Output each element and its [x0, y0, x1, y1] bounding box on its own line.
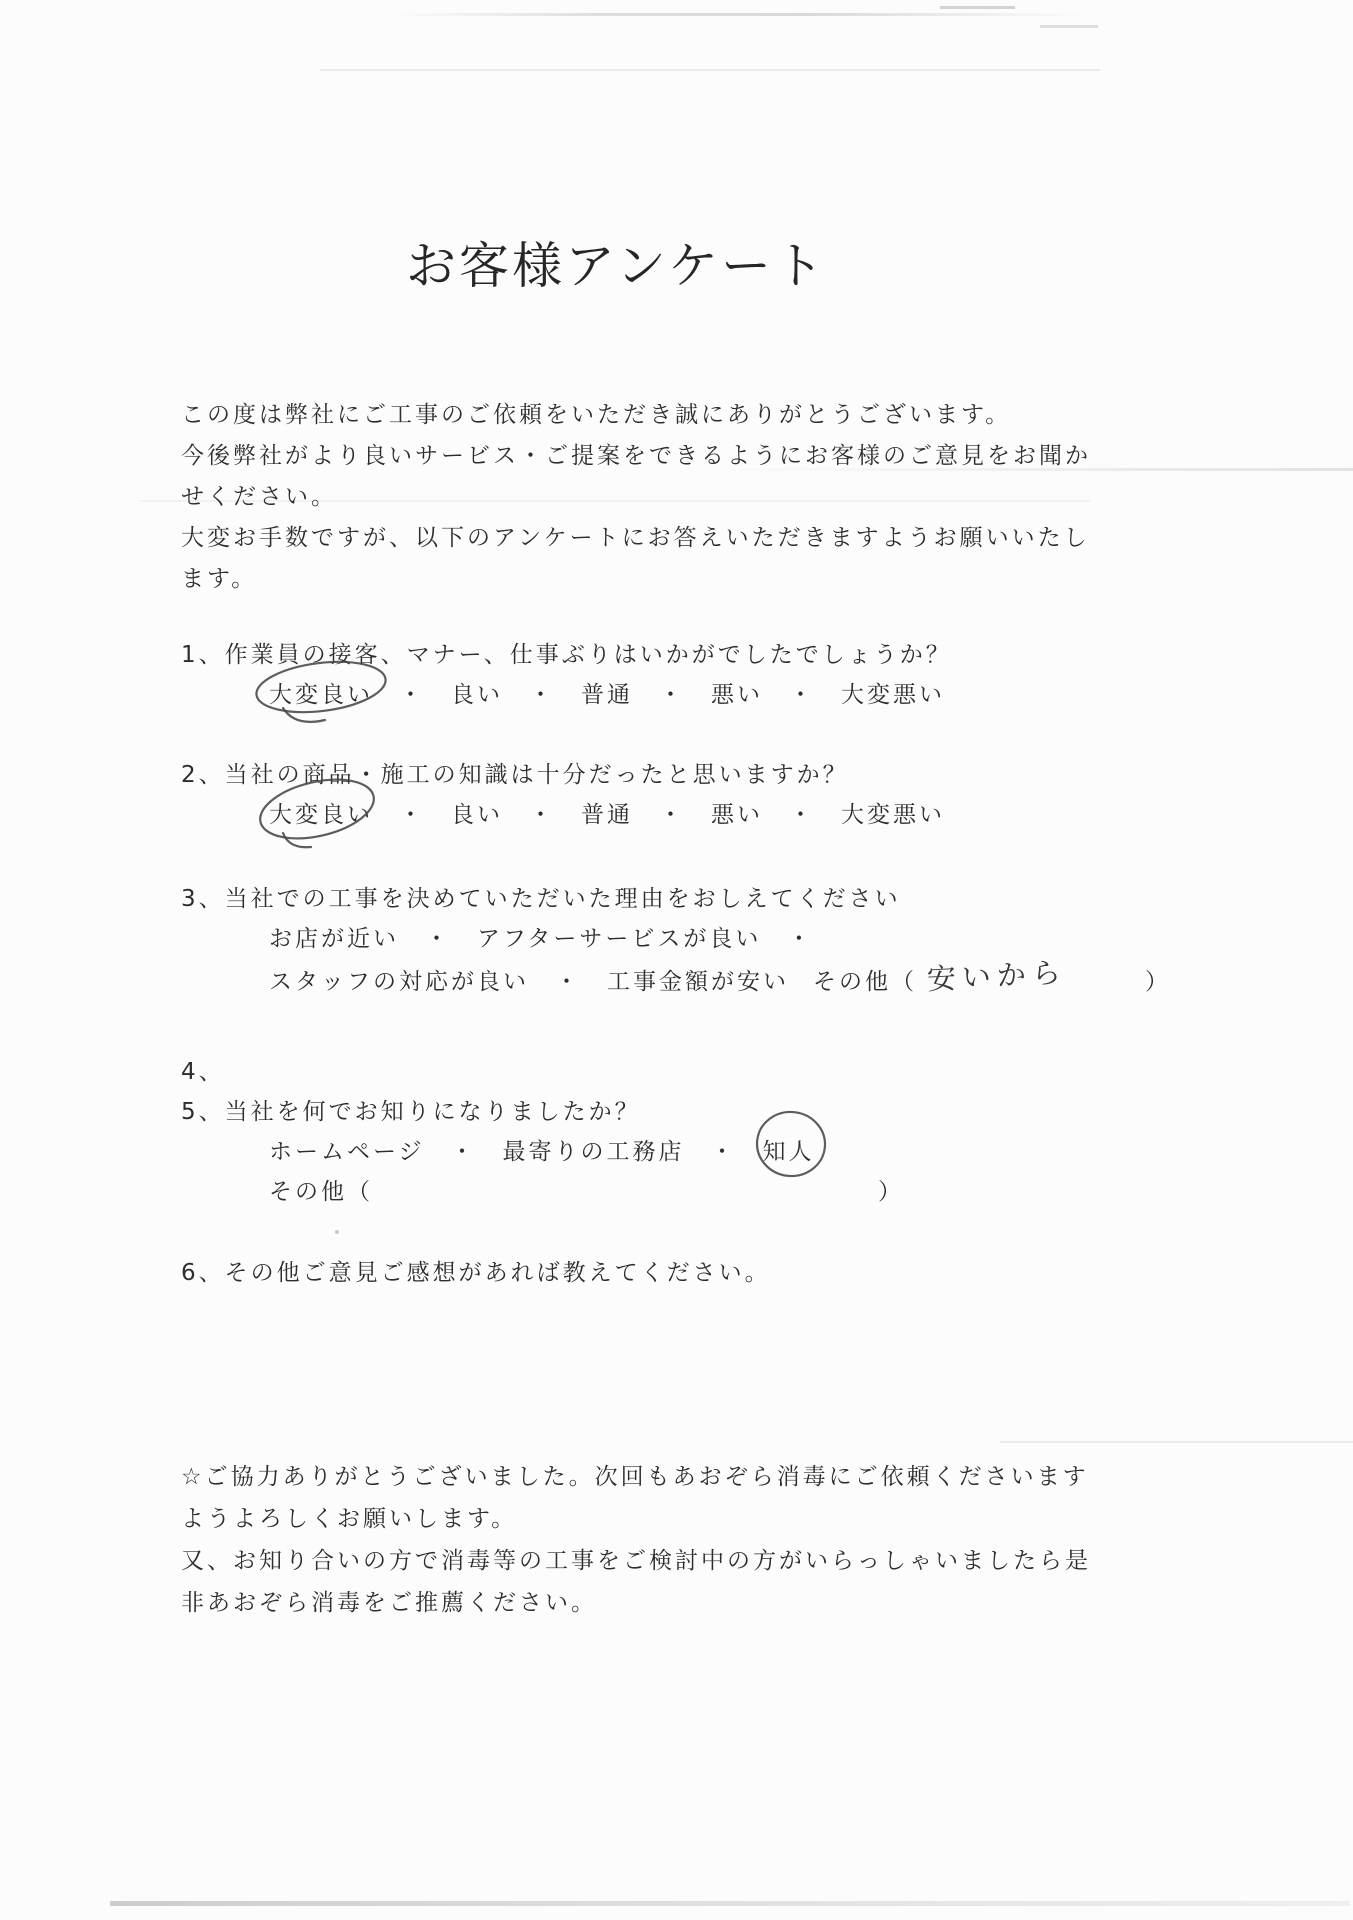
- question-line: 1、作業員の接客、マナー、仕事ぶりはいかがでしたでしょうか？: [181, 635, 1261, 675]
- option-label: 良い: [451, 682, 503, 708]
- paren-close: ）: [878, 1179, 904, 1205]
- option-label: ホームページ: [269, 1139, 425, 1165]
- options-row: ホームページ・最寄りの工務店・知人: [181, 1132, 1261, 1172]
- answer-field: その他（）: [269, 1179, 904, 1205]
- question-number: 6、: [181, 1260, 225, 1286]
- option-separator: ・: [451, 1139, 477, 1165]
- option-label: 大変悪い: [841, 802, 945, 828]
- option-label: 悪い: [711, 682, 763, 708]
- question-line: 3、当社での工事を決めていただいた理由をおしえてください: [181, 879, 1261, 919]
- closing-line: 又、お知り合いの方で消毒等の工事をご検討中の方がいらっしゃいましたら是: [181, 1540, 1261, 1582]
- answer-blank: 安いから: [917, 959, 1145, 1002]
- option-label: 知人: [763, 1139, 815, 1165]
- option-label: お店が近い: [269, 926, 399, 952]
- circled-option: 大変良い: [269, 795, 373, 835]
- question-number: 3、: [181, 886, 225, 912]
- option-separator: ・: [529, 682, 555, 708]
- question-number: 5、: [181, 1099, 225, 1125]
- circled-option: 大変良い: [269, 675, 373, 715]
- question-block: 5、当社を何でお知りになりましたか？ホームページ・最寄りの工務店・知人その他（）: [181, 1092, 1261, 1212]
- option-label: 普通: [581, 682, 633, 708]
- option-label: 良い: [451, 802, 503, 828]
- option-separator: ・: [787, 926, 813, 952]
- intro-paragraph: この度は弊社にご工事のご依頼をいただき誠にありがとうございます。今後弊社がより良…: [181, 395, 1261, 600]
- question-text: その他ご意見ご感想があれば教えてください。: [225, 1260, 771, 1286]
- intro-line: ます。: [181, 559, 1261, 600]
- survey-body: この度は弊社にご工事のご依頼をいただき誠にありがとうございます。今後弊社がより良…: [181, 395, 1261, 1624]
- option-separator: ・: [659, 682, 685, 708]
- question-text: 当社での工事を決めていただいた理由をおしえてください: [225, 886, 901, 912]
- closing-paragraph: ☆ご協力ありがとうございました。次回もあおぞら消毒にご依頼くださいますようよろし…: [181, 1456, 1261, 1624]
- question-block: 1、作業員の接客、マナー、仕事ぶりはいかがでしたでしょうか？大変良い・良い・普通…: [181, 635, 1261, 715]
- intro-line: 今後弊社がより良いサービス・ご提案をできるようにお客様のご意見をお聞か: [181, 436, 1261, 477]
- option-label: 大変良い: [269, 802, 373, 828]
- options-row: その他（）: [181, 1172, 1261, 1212]
- closing-line: ようよろしくお願いします。: [181, 1498, 1261, 1540]
- question-number: 1、: [181, 642, 225, 668]
- question-line: 5、当社を何でお知りになりましたか？: [181, 1092, 1261, 1132]
- options-row: 大変良い・良い・普通・悪い・大変悪い: [181, 795, 1261, 835]
- question-number: 4、: [181, 1059, 225, 1085]
- intro-line: この度は弊社にご工事のご依頼をいただき誠にありがとうございます。: [181, 395, 1261, 436]
- paren-open: その他（: [269, 1179, 373, 1205]
- question-text: 当社を何でお知りになりましたか？: [225, 1099, 641, 1125]
- option-label: 普通: [581, 802, 633, 828]
- option-label: スタッフの対応が良い: [269, 969, 529, 995]
- question-line: 6、その他ご意見ご感想があれば教えてください。: [181, 1253, 1261, 1293]
- question-block: 2、当社の商品・施工の知識は十分だったと思いますか？大変良い・良い・普通・悪い・…: [181, 755, 1261, 835]
- option-separator: ・: [789, 682, 815, 708]
- option-separator: ・: [399, 682, 425, 708]
- question-block: 3、当社での工事を決めていただいた理由をおしえてくださいお店が近い・アフターサー…: [181, 879, 1261, 1002]
- options-row: 大変良い・良い・普通・悪い・大変悪い: [181, 675, 1261, 715]
- question-text: 当社の商品・施工の知識は十分だったと思いますか？: [225, 762, 849, 788]
- intro-line: 大変お手数ですが、以下のアンケートにお答えいただきますようお願いいたし: [181, 518, 1261, 559]
- answer-field: その他（安いから）: [813, 969, 1171, 995]
- intro-line: せください。: [181, 477, 1261, 518]
- option-label: 工事金額が安い: [607, 969, 789, 995]
- closing-line: 非あおぞら消毒をご推薦ください。: [181, 1582, 1261, 1624]
- option-separator: ・: [425, 926, 451, 952]
- paren-close: ）: [1145, 969, 1171, 995]
- option-label: 悪い: [711, 802, 763, 828]
- option-separator: ・: [659, 802, 685, 828]
- options-row: お店が近い・アフターサービスが良い・: [181, 919, 1261, 959]
- paren-open: その他（: [813, 969, 917, 995]
- question-number: 2、: [181, 762, 225, 788]
- closing-line: ☆ご協力ありがとうございました。次回もあおぞら消毒にご依頼くださいます: [181, 1456, 1261, 1498]
- page-title: お客様アンケート: [406, 226, 827, 298]
- option-separator: ・: [555, 969, 581, 995]
- question-block: 6、その他ご意見ご感想があれば教えてください。: [181, 1253, 1261, 1293]
- question-block: 4、: [181, 1052, 1261, 1092]
- option-separator: ・: [399, 802, 425, 828]
- option-separator: ・: [789, 802, 815, 828]
- option-label: 大変悪い: [841, 682, 945, 708]
- options-row: スタッフの対応が良い・工事金額が安いその他（安いから）: [181, 959, 1261, 1002]
- question-line: 4、: [181, 1052, 1261, 1092]
- option-label: アフターサービスが良い: [477, 926, 761, 952]
- option-separator: ・: [529, 802, 555, 828]
- question-line: 2、当社の商品・施工の知識は十分だったと思いますか？: [181, 755, 1261, 795]
- question-list: 1、作業員の接客、マナー、仕事ぶりはいかがでしたでしょうか？大変良い・良い・普通…: [181, 635, 1261, 1293]
- circled-option: 知人: [763, 1132, 815, 1172]
- question-text: 作業員の接客、マナー、仕事ぶりはいかがでしたでしょうか？: [225, 642, 952, 668]
- option-separator: ・: [711, 1139, 737, 1165]
- option-label: 最寄りの工務店: [503, 1139, 685, 1165]
- handwritten-answer: 安いから: [916, 952, 1068, 1000]
- option-label: 大変良い: [269, 682, 373, 708]
